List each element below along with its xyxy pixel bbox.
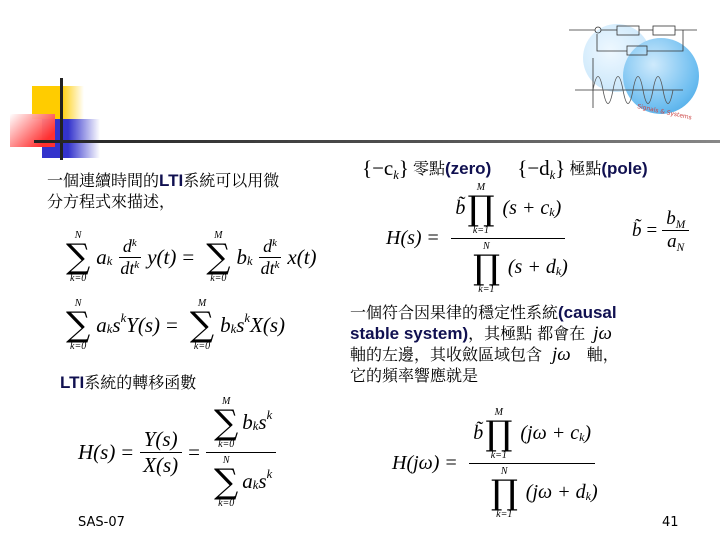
desc-line-3: 軸的左邊，其收斂區域包含jω軸， [350, 344, 720, 365]
x-of-t: x(t) [287, 245, 316, 270]
jw-plus-ck: (jω + c [520, 422, 579, 445]
lower-limit: k=1 [473, 225, 489, 236]
H-of-s: H(s) [78, 440, 115, 465]
laplace-equation: N∑k=0 akskY(s) = M∑k=0 bkskX(s) [60, 298, 285, 352]
equals: = [445, 452, 456, 475]
causal-stable-description: 一個符合因果律的穩定性系統(causal stable system)，其極點 … [350, 302, 720, 386]
coef-b: b [242, 410, 253, 435]
svg-text:Signals & Systems: Signals & Systems [637, 103, 693, 120]
derivative-fraction: dkdtk [257, 236, 284, 279]
coef-b: b [220, 313, 231, 338]
sup-k: k [134, 259, 139, 271]
b-tilde: b̃ [632, 220, 642, 242]
coef-a: a [96, 245, 107, 270]
close-paren: ) [591, 481, 598, 504]
neg-d: {−d [517, 156, 549, 180]
desc-en: (causal [558, 303, 617, 322]
intro-line-2: 分方程式來描述， [47, 191, 347, 212]
sub-k: k [247, 254, 253, 269]
sum-ratio-fraction: M∑k=0 bksk N∑k=0 aksk [206, 396, 276, 509]
coef-a: a [96, 313, 107, 338]
sub-k: k [107, 254, 113, 269]
Y-of-s: Y(s) [126, 313, 160, 338]
sub-k: k [549, 205, 554, 220]
lower-limit: k=0 [210, 273, 226, 284]
zero-label: 零點 [413, 158, 445, 179]
desc-text: 軸， [587, 345, 619, 364]
d: d [263, 236, 272, 256]
intro-text: 一個連續時間的LTI系統可以用微 分方程式來描述， [47, 170, 347, 212]
sup-k: k [267, 467, 273, 482]
s-plus-ck: (s + c [502, 197, 549, 220]
zero-set: {−ck} [362, 156, 409, 181]
factored-transfer-function: H(s) = b̃ M∏k=1 (s + ck) N∏k=1 (s + dk) [386, 186, 572, 290]
derivative-fraction: dkdtk [116, 236, 143, 279]
sum-operator: M∑k=0 [206, 230, 230, 284]
sum-operator: N∑k=0 [66, 230, 90, 284]
product-symbol: ∏ [485, 418, 512, 450]
sum-symbol: ∑ [214, 407, 238, 439]
lower-limit: k=0 [70, 273, 86, 284]
equals: = [188, 440, 200, 465]
s-plus-dk: (s + d [508, 256, 556, 279]
product-fraction: b̃ M∏k=1 (jω + ck) N∏k=1 (jω + dk) [463, 407, 602, 520]
sub-k: k [253, 419, 259, 434]
desc-text: 軸的左邊，其收斂區域包含 [350, 345, 542, 364]
footer-label: SAS-07 [78, 515, 125, 530]
sup-k: k [275, 259, 280, 271]
lti-term: LTI [60, 373, 84, 392]
signals-systems-logo: Signals & Systems [565, 8, 715, 120]
block-diagram-icon: Signals & Systems [565, 8, 715, 120]
sum-symbol: ∑ [66, 241, 90, 273]
sub-M: M [676, 219, 686, 231]
desc-en: stable system) [350, 324, 468, 343]
desc-text: 一個符合因果律的穩定性系統 [350, 303, 558, 322]
desc-line-1: 一個符合因果律的穩定性系統(causal [350, 302, 720, 323]
close-paren: ) [584, 422, 591, 445]
coef-a: a [242, 469, 253, 494]
transfer-function-label: LTI系統的轉移函數 [60, 372, 196, 393]
equals: = [121, 440, 133, 465]
dt: dt [120, 258, 134, 278]
sup-k: k [132, 237, 137, 249]
sum-symbol: ∑ [214, 466, 238, 498]
equals: = [647, 220, 658, 242]
sum-symbol: ∑ [66, 309, 90, 341]
intro-text-part: 一個連續時間的 [47, 171, 159, 190]
product-fraction: b̃ M∏k=1 (s + ck) N∏k=1 (s + dk) [445, 182, 572, 295]
b-tilde: b̃ [455, 197, 465, 220]
transfer-function-equation: H(s) = Y(s)X(s) = M∑k=0 bksk N∑k=0 aksk [78, 392, 276, 512]
s: s [258, 410, 266, 435]
dt: dt [261, 258, 275, 278]
sub-k: k [550, 168, 556, 182]
X-of-s: X(s) [250, 313, 285, 338]
sum-symbol: ∑ [206, 241, 230, 273]
page-number: 41 [662, 515, 679, 530]
numerator: Y(s) [140, 427, 182, 453]
close-paren: ) [555, 197, 562, 220]
vertical-rule [60, 78, 63, 160]
b-tilde-definition: b̃ = bMaN [632, 208, 689, 253]
denominator: X(s) [139, 453, 182, 478]
brace: } [399, 156, 409, 180]
desc-line-4: 它的頻率響應就是 [350, 365, 720, 386]
equals: = [428, 227, 439, 250]
sub-k: k [579, 430, 584, 445]
lti-term: LTI [159, 171, 183, 190]
product-symbol: ∏ [467, 193, 494, 225]
lower-limit: k=0 [218, 439, 234, 450]
sup-k: k [272, 237, 277, 249]
lower-limit: k=0 [218, 498, 234, 509]
equals: = [166, 313, 178, 338]
lower-limit: k=0 [70, 341, 86, 352]
equals: = [182, 245, 194, 270]
sub-k: k [393, 168, 399, 182]
lower-limit: k=1 [491, 450, 507, 461]
coef-b: b [236, 245, 247, 270]
sub-N: N [677, 242, 685, 254]
horizontal-rule [34, 140, 720, 143]
H-of-s: H(s) [386, 227, 422, 250]
desc-line-2: stable system)，其極點 都會在jω [350, 323, 720, 344]
jw-symbol: jω [552, 344, 571, 365]
s: s [236, 313, 244, 338]
product-symbol: ∏ [473, 252, 500, 284]
sub-k: k [231, 322, 237, 337]
sub-k: k [107, 322, 113, 337]
s: s [258, 469, 266, 494]
sub-k: k [556, 264, 561, 279]
d: d [123, 236, 132, 256]
zero-pole-labels: {−ck} 零點(zero) {−dk} 極點(pole) [362, 156, 648, 181]
sub-k: k [586, 489, 591, 504]
sum-symbol: ∑ [190, 309, 214, 341]
sup-k: k [267, 408, 273, 423]
b: b [666, 208, 676, 229]
intro-line-1: 一個連續時間的LTI系統可以用微 [47, 170, 347, 191]
transfer-function-text: 系統的轉移函數 [84, 373, 196, 392]
lower-limit: k=1 [496, 509, 512, 520]
pole-label: 極點 [569, 158, 601, 179]
frequency-response-equation: H(jω) = b̃ M∏k=1 (jω + ck) N∏k=1 (jω + d… [392, 404, 602, 522]
b-tilde: b̃ [473, 422, 483, 445]
YX-fraction: Y(s)X(s) [139, 427, 182, 478]
lower-limit: k=1 [478, 284, 494, 295]
sum-operator: N∑k=0 [66, 298, 90, 352]
lower-limit: k=0 [194, 341, 210, 352]
intro-text-part: 系統可以用微 [183, 171, 279, 190]
sup-k: k [244, 311, 250, 326]
y-of-t: y(t) [147, 245, 176, 270]
sup-k: k [121, 311, 127, 326]
jw-symbol: jω [593, 323, 612, 344]
brace: } [555, 156, 565, 180]
jw-plus-dk: (jω + d [526, 481, 586, 504]
zero-label-en: (zero) [445, 159, 491, 179]
product-symbol: ∏ [491, 477, 518, 509]
pole-set: {−dk} [517, 156, 565, 181]
sum-operator: M∑k=0 [190, 298, 214, 352]
s: s [112, 313, 120, 338]
differential-equation: N∑k=0 ak dkdtk y(t) = M∑k=0 bk dkdtk x(t… [60, 230, 317, 284]
H-of-jw: H(jω) [392, 452, 439, 475]
sub-k: k [253, 478, 259, 493]
desc-text: ，其極點 都會在 [468, 324, 585, 343]
neg-c: {−c [362, 156, 393, 180]
bM-over-aN: bMaN [662, 208, 689, 253]
a: a [667, 231, 677, 252]
close-paren: ) [561, 256, 568, 279]
pole-label-en: (pole) [601, 159, 647, 179]
